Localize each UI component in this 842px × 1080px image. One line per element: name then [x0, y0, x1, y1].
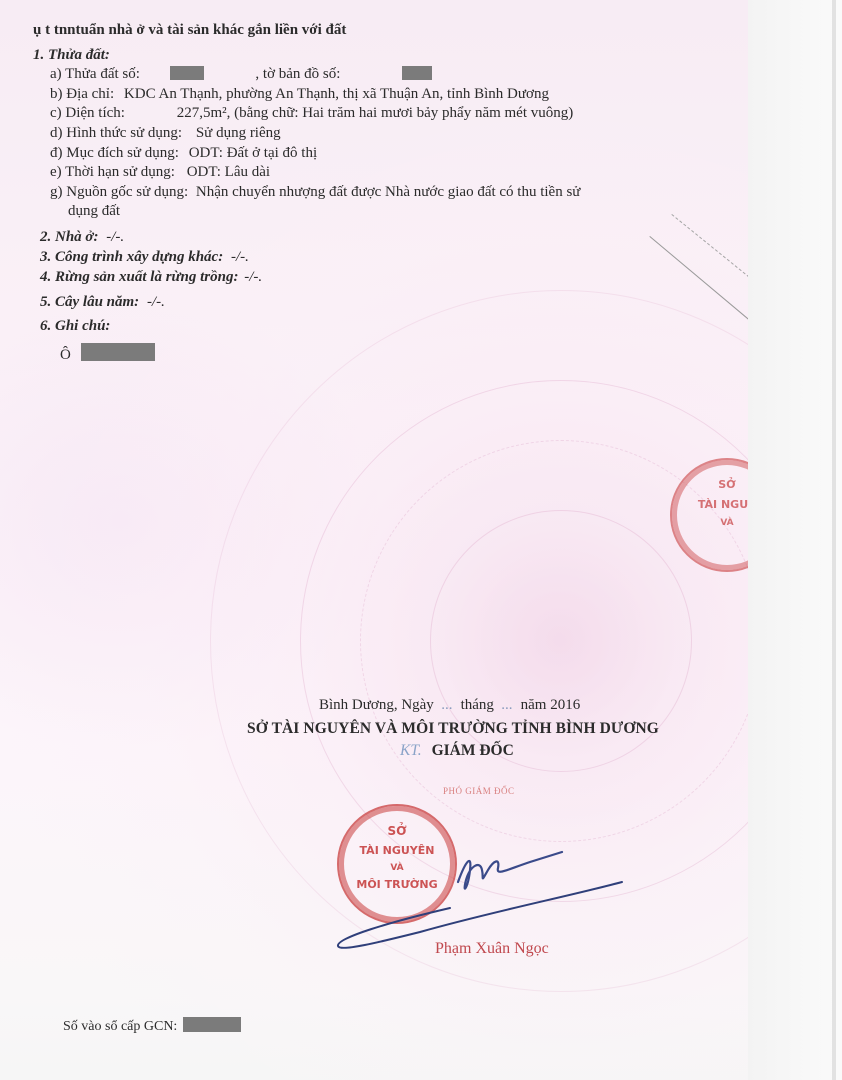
origin-label: g) Nguồn gốc sử dụng:	[50, 184, 188, 200]
purpose-label: đ) Mục đích sử dụng:	[50, 145, 179, 161]
other-construction-value: -/-.	[231, 249, 249, 265]
parcel-number-label: a) Thửa đất số:	[50, 66, 140, 82]
map-sheet-label: , tờ bản đồ số:	[255, 66, 340, 82]
section-notes-label: 6. Ghi chú:	[40, 318, 110, 335]
term-label: e) Thời hạn sử dụng:	[50, 164, 175, 180]
redacted-register-number	[183, 1017, 241, 1032]
area-value: 227,5m², (bằng chữ: Hai trăm hai mươi bả…	[177, 105, 574, 121]
kt-mark: KT.	[400, 742, 422, 759]
land-item-parcel: a) Thửa đất số: , tờ bản đồ số:	[50, 66, 432, 83]
land-item-area: c) Diện tích: 227,5m², (bằng chữ: Hai tr…	[50, 105, 573, 122]
origin-value-continued: dụng đất	[68, 203, 120, 220]
purpose-value: ODT: Đất ở tại đô thị	[189, 145, 317, 161]
other-construction-label: 3. Công trình xây dựng khác:	[40, 249, 223, 265]
certificate-register-number: Số vào sổ cấp GCN:	[63, 1017, 241, 1035]
director-title: GIÁM ĐỐC	[432, 742, 514, 759]
perennial-value: -/-.	[147, 294, 165, 310]
issue-year: năm 2016	[521, 697, 581, 713]
section-other-construction: 3. Công trình xây dựng khác: -/-.	[40, 249, 249, 266]
origin-value: Nhận chuyển nhượng đất được Nhà nước gia…	[196, 184, 581, 200]
register-label: Số vào sổ cấp GCN:	[63, 1019, 177, 1034]
redacted-parcel-number	[170, 66, 204, 80]
section-house: 2. Nhà ở: -/-.	[40, 229, 124, 246]
area-label: c) Diện tích:	[50, 105, 125, 121]
forest-label: 4. Rừng sản xuất là rừng trồng:	[40, 269, 238, 285]
section-land-label: 1. Thửa đất:	[33, 47, 110, 64]
scan-margin	[748, 0, 842, 1080]
signer-title: KT. GIÁM ĐỐC	[400, 742, 514, 760]
address-label: b) Địa chỉ:	[50, 86, 114, 102]
house-label: 2. Nhà ở:	[40, 229, 98, 245]
diagonal-dashed-line	[671, 214, 757, 284]
section-forest: 4. Rừng sản xuất là rừng trồng: -/-.	[40, 269, 262, 286]
issuing-organization: SỞ TÀI NGUYÊN VÀ MÔI TRƯỜNG TỈNH BÌNH DƯ…	[247, 720, 659, 738]
document-heading: ụ t tnntuẩn nhà ở và tài sản khác gắn li…	[33, 22, 346, 39]
issue-month: ...	[502, 697, 513, 713]
certificate-page: ụ t tnntuẩn nhà ở và tài sản khác gắn li…	[0, 0, 748, 1080]
term-value: ODT: Lâu dài	[187, 164, 270, 180]
address-value: KDC An Thạnh, phường An Thạnh, thị xã Th…	[124, 86, 549, 102]
issue-date-line: Bình Dương, Ngày ... tháng ... năm 2016	[319, 697, 580, 714]
month-label: tháng	[461, 697, 494, 713]
house-value: -/-.	[106, 229, 124, 245]
notes-prefix: Ô	[60, 347, 71, 363]
issue-day: ...	[442, 697, 453, 713]
usage-form-label: d) Hình thức sử dụng:	[50, 125, 182, 141]
usage-form-value: Sử dụng riêng	[196, 125, 281, 141]
notes-value: Ô	[60, 343, 155, 364]
perennial-label: 5. Cây lâu năm:	[40, 294, 139, 310]
land-item-purpose: đ) Mục đích sử dụng: ODT: Đất ở tại đô t…	[50, 145, 317, 162]
redacted-map-sheet-number	[402, 66, 432, 80]
vice-director-stamp: PHÓ GIÁM ĐỐC	[443, 786, 515, 796]
scan-edge	[832, 0, 836, 1080]
signer-name: Phạm Xuân Ngọc	[435, 940, 549, 958]
land-item-term: e) Thời hạn sử dụng: ODT: Lâu dài	[50, 164, 270, 181]
date-prefix: Bình Dương, Ngày	[319, 697, 434, 713]
section-perennial: 5. Cây lâu năm: -/-.	[40, 294, 165, 311]
land-item-address: b) Địa chỉ: KDC An Thạnh, phường An Thạn…	[50, 86, 549, 103]
forest-value: -/-.	[244, 269, 262, 285]
land-item-origin: g) Nguồn gốc sử dụng: Nhận chuyển nhượng…	[50, 184, 580, 201]
land-item-usage-form: d) Hình thức sử dụng: Sử dụng riêng	[50, 125, 281, 142]
redacted-notes	[81, 343, 155, 361]
